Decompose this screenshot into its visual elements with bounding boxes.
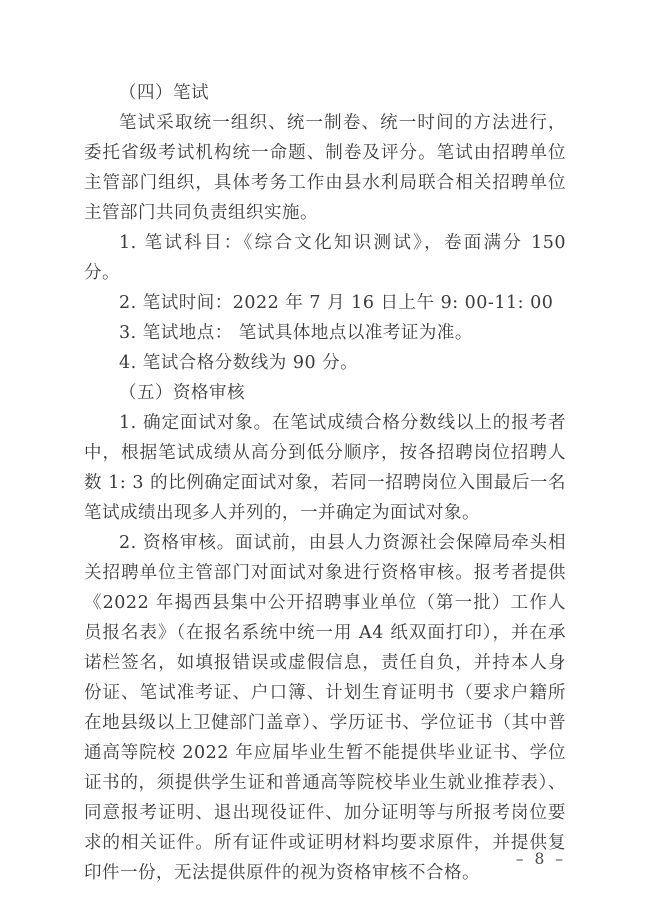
written-test-item-pass-line: 4. 笔试合格分数线为 90 分。 <box>84 348 566 378</box>
page-number: – 8 – <box>516 850 566 868</box>
document-page: （四）笔试 笔试采取统一组织、统一制卷、统一时间的方法进行，委托省级考试机构统一… <box>0 0 650 919</box>
paragraph-interview-candidates: 1. 确定面试对象。在笔试成绩合格分数线以上的报考者中，根据笔试成绩从高分到低分… <box>84 408 566 528</box>
paragraph-qualification-review: 2. 资格审核。面试前，由县人力资源社会保障局牵头相关招聘单位主管部门对面试对象… <box>84 528 566 888</box>
written-test-item-location: 3. 笔试地点： 笔试具体地点以准考证为准。 <box>84 318 566 348</box>
written-test-item-subject: 1. 笔试科目：《综合文化知识测试》，卷面满分 150 分。 <box>84 228 566 288</box>
page-content: （四）笔试 笔试采取统一组织、统一制卷、统一时间的方法进行，委托省级考试机构统一… <box>84 78 566 888</box>
written-test-intro-paragraph: 笔试采取统一组织、统一制卷、统一时间的方法进行，委托省级考试机构统一命题、制卷及… <box>84 108 566 228</box>
written-test-item-time: 2. 笔试时间：2022 年 7 月 16 日上午 9: 00-11: 00 <box>84 288 566 318</box>
section-heading-written-test: （四）笔试 <box>84 78 566 108</box>
section-heading-qualification-review: （五）资格审核 <box>84 378 566 408</box>
